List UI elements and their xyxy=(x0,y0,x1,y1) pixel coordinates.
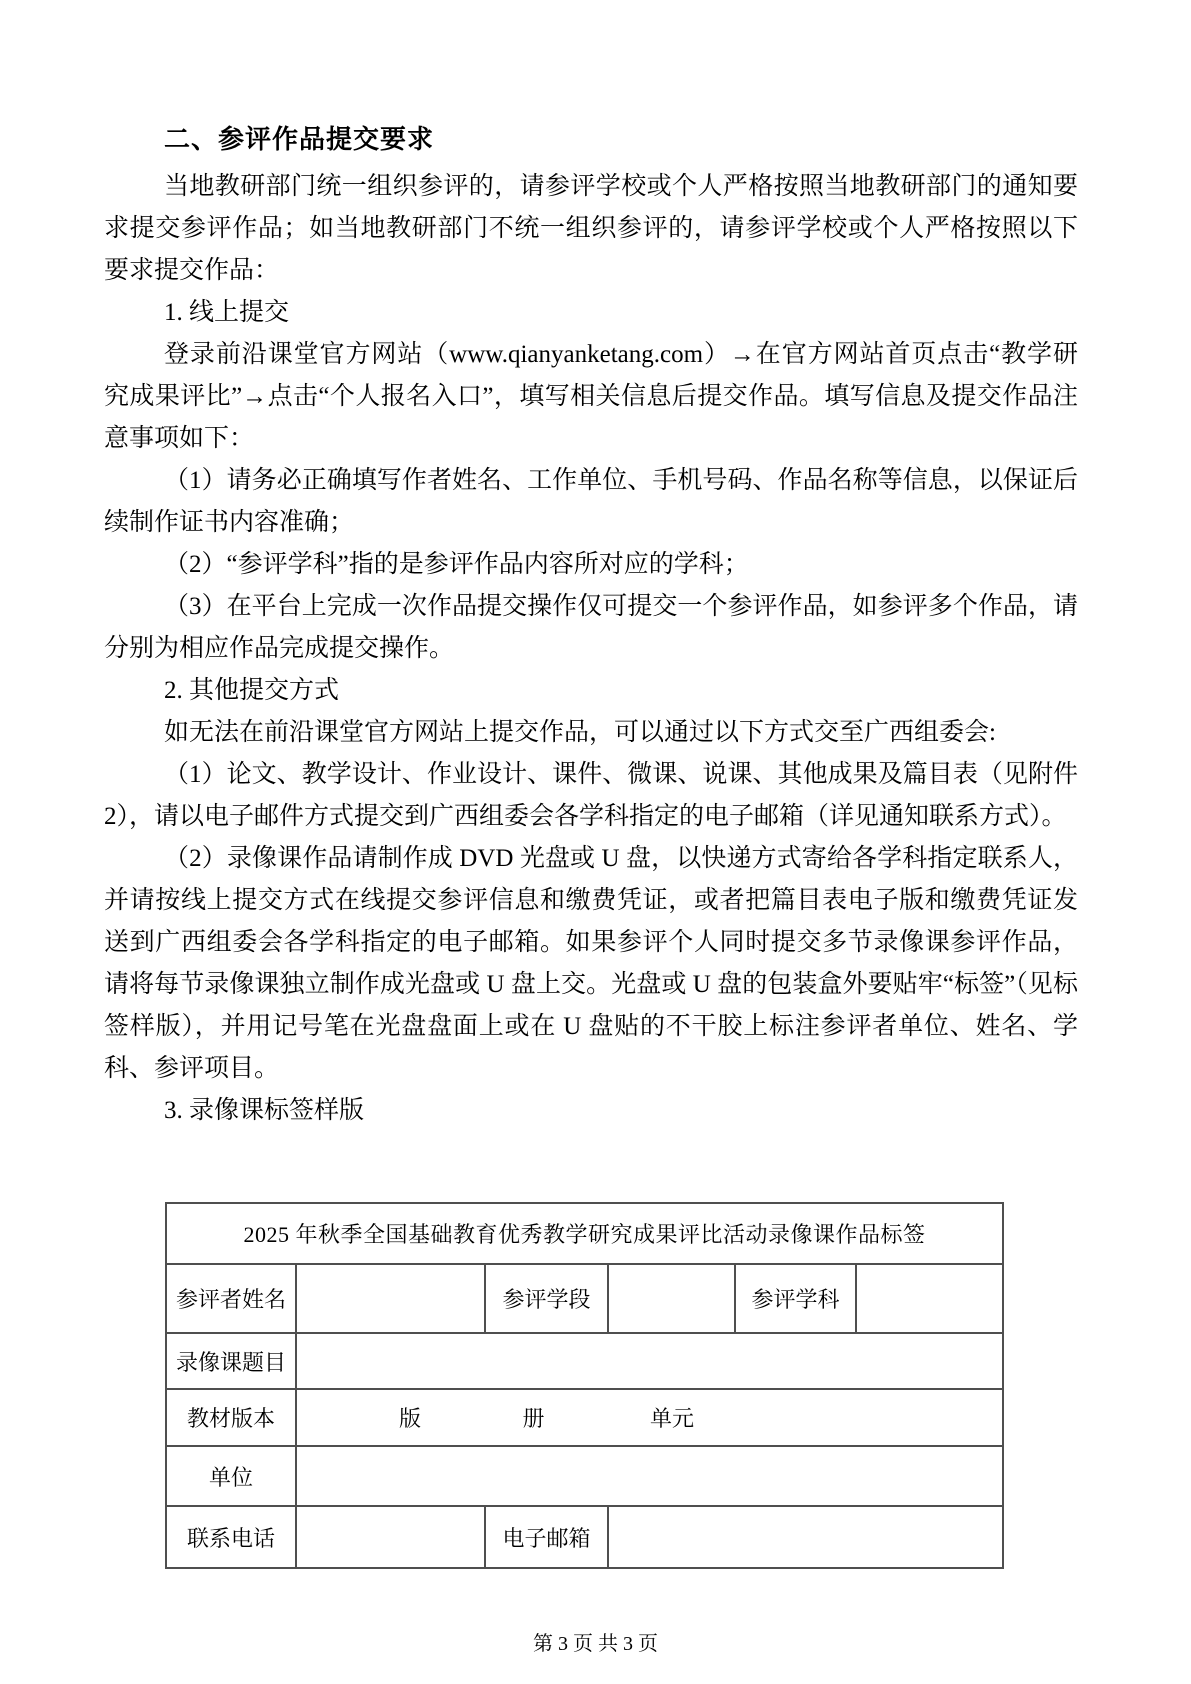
school-label: 单位 xyxy=(166,1446,296,1506)
video-title-value-cell xyxy=(296,1333,1003,1389)
document-body: 二、参评作品提交要求 当地教研部门统一组织参评的，请参评学校或个人严格按照当地教… xyxy=(104,118,1078,1569)
paragraph: 1. 线上提交 xyxy=(104,292,1078,334)
paragraph: （2）录像课作品请制作成 DVD 光盘或 U 盘，以快递方式寄给各学科指定联系人… xyxy=(104,838,1078,1090)
paragraph: （2）“参评学科”指的是参评作品内容所对应的学科； xyxy=(104,544,1078,586)
textbook-version-value-cell: 版 册 单元 xyxy=(296,1389,1003,1446)
table-title: 2025 年秋季全国基础教育优秀教学研究成果评比活动录像课作品标签 xyxy=(166,1203,1003,1264)
textbook-version-label: 教材版本 xyxy=(166,1389,296,1446)
participant-name-label: 参评者姓名 xyxy=(166,1264,296,1333)
participant-name-value-cell xyxy=(296,1264,485,1333)
paragraph: 2. 其他提交方式 xyxy=(104,670,1078,712)
paragraph: （1）论文、教学设计、作业设计、课件、微课、说课、其他成果及篇目表（见附件 2）… xyxy=(104,754,1078,838)
video-title-label: 录像课题目 xyxy=(166,1333,296,1389)
paragraph: 3. 录像课标签样版 xyxy=(104,1090,1078,1132)
phone-label: 联系电话 xyxy=(166,1506,296,1568)
paragraph: （3）在平台上完成一次作品提交操作仅可提交一个参评作品，如参评多个作品，请分别为… xyxy=(104,586,1078,670)
document-page: 二、参评作品提交要求 当地教研部门统一组织参评的，请参评学校或个人严格按照当地教… xyxy=(0,0,1191,1684)
stage-value-cell xyxy=(608,1264,735,1333)
section-heading: 二、参评作品提交要求 xyxy=(104,118,1078,160)
unit-suffix: 单元 xyxy=(650,1402,694,1433)
email-value-cell xyxy=(608,1506,1003,1568)
paragraph: 当地教研部门统一组织参评的，请参评学校或个人严格按照当地教研部门的通知要求提交参… xyxy=(104,166,1078,292)
video-label-table: 2025 年秋季全国基础教育优秀教学研究成果评比活动录像课作品标签 参评者姓名 … xyxy=(165,1202,1004,1569)
school-value-cell xyxy=(296,1446,1003,1506)
paragraph: （1）请务必正确填写作者姓名、工作单位、手机号码、作品名称等信息，以保证后续制作… xyxy=(104,460,1078,544)
page-number: 第 3 页 共 3 页 xyxy=(0,1630,1191,1658)
edition-suffix: 版 xyxy=(399,1402,421,1433)
subject-label: 参评学科 xyxy=(735,1264,856,1333)
volume-suffix: 册 xyxy=(523,1402,545,1433)
phone-value-cell xyxy=(296,1506,485,1568)
paragraph: 登录前沿课堂官方网站（www.qianyanketang.com）→在官方网站首… xyxy=(104,334,1078,460)
email-label: 电子邮箱 xyxy=(485,1506,608,1568)
paragraph: 如无法在前沿课堂官方网站上提交作品，可以通过以下方式交至广西组委会: xyxy=(104,712,1078,754)
stage-label: 参评学段 xyxy=(485,1264,608,1333)
subject-value-cell xyxy=(856,1264,1003,1333)
